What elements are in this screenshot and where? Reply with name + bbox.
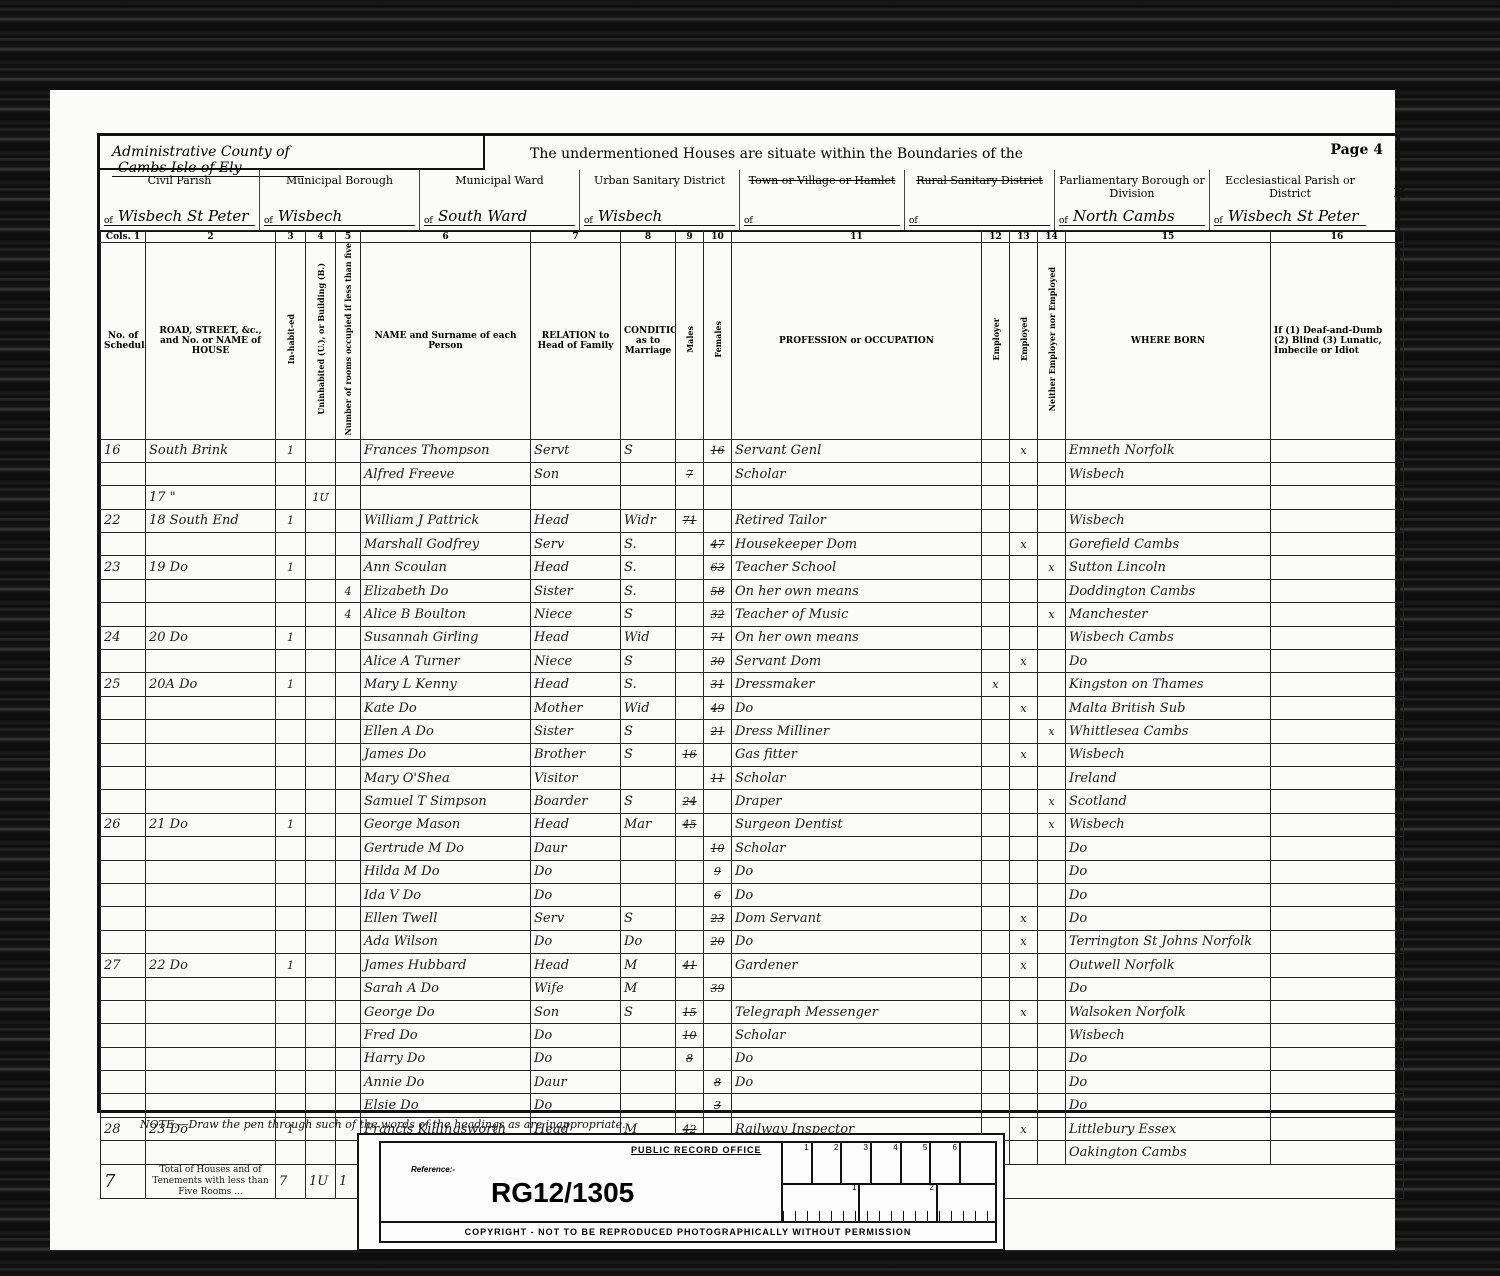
- ruler-cm-mark: 6: [931, 1143, 961, 1183]
- uninhabited-cell: [306, 1000, 336, 1023]
- uninhabited-cell: [306, 813, 336, 836]
- employer-cell: [982, 930, 1010, 953]
- neither-cell: [1038, 650, 1066, 673]
- uninhabited-cell: [306, 1141, 336, 1164]
- col-uninhabited: Uninhabited (U.), or Building (B.): [306, 243, 336, 440]
- condition-cell: S: [621, 650, 676, 673]
- age-male-cell: 16: [676, 743, 704, 766]
- uninhabited-cell: [306, 977, 336, 1000]
- column-number: 6: [361, 231, 531, 243]
- neither-cell: [1038, 673, 1066, 696]
- name-cell: Hilda M Do: [361, 860, 531, 883]
- district-row: Civil ParishofWisbech St PeterMunicipal …: [100, 170, 1397, 232]
- schedule-cell: [101, 1141, 146, 1164]
- relation-cell: Mother: [531, 696, 621, 719]
- census-table: Cols. 12345678910111213141516 No. of Sch…: [100, 230, 1404, 1199]
- neither-cell: [1038, 930, 1066, 953]
- infirmity-cell: [1271, 462, 1404, 485]
- schedule-cell: [101, 650, 146, 673]
- name-cell: Alice B Boulton: [361, 603, 531, 626]
- inhabited-cell: [276, 1094, 306, 1117]
- uninhabited-cell: [306, 883, 336, 906]
- total-schedules: 7: [101, 1164, 146, 1198]
- inhabited-cell: [276, 790, 306, 813]
- age-female-cell: 6: [704, 883, 732, 906]
- relation-cell: Do: [531, 1047, 621, 1070]
- occupation-cell: Do: [732, 883, 982, 906]
- where-born-cell: Do: [1066, 1047, 1271, 1070]
- infirmity-cell: [1271, 766, 1404, 789]
- uninhabited-cell: [306, 673, 336, 696]
- condition-cell: [621, 860, 676, 883]
- column-number: 14: [1038, 231, 1066, 243]
- where-born-cell: Do: [1066, 907, 1271, 930]
- age-female-cell: [704, 813, 732, 836]
- employed-cell: x: [1010, 930, 1038, 953]
- where-born-cell: Whittlesea Cambs: [1066, 720, 1271, 743]
- relation-cell: [531, 486, 621, 509]
- inhabited-cell: [276, 907, 306, 930]
- infirmity-cell: [1271, 1117, 1404, 1140]
- relation-cell: Niece: [531, 650, 621, 673]
- age-male-cell: [676, 556, 704, 579]
- relation-cell: Visitor: [531, 766, 621, 789]
- address-cell: [146, 533, 276, 556]
- uninhabited-cell: [306, 1094, 336, 1117]
- neither-cell: [1038, 743, 1066, 766]
- condition-cell: S.: [621, 556, 676, 579]
- address-cell: [146, 720, 276, 743]
- employer-cell: [982, 509, 1010, 532]
- name-cell: Alice A Turner: [361, 650, 531, 673]
- schedule-cell: [101, 860, 146, 883]
- col-address: ROAD, STREET, &c., and No. or NAME of HO…: [146, 243, 276, 440]
- inhabited-cell: 1: [276, 556, 306, 579]
- schedule-cell: 26: [101, 813, 146, 836]
- occupation-cell: Dress Milliner: [732, 720, 982, 743]
- neither-cell: [1038, 1000, 1066, 1023]
- neither-cell: x: [1038, 720, 1066, 743]
- inhabited-cell: [276, 650, 306, 673]
- where-born-cell: [1066, 486, 1271, 509]
- age-female-cell: 30: [704, 650, 732, 673]
- ruler-inch-mark: 1: [783, 1183, 860, 1223]
- condition-cell: [621, 462, 676, 485]
- district-label: Ecclesiastical Parish or District: [1210, 174, 1370, 200]
- district-value: [744, 225, 900, 226]
- name-cell: Alfred Freeve: [361, 462, 531, 485]
- rooms-cell: [336, 883, 361, 906]
- uninhabited-cell: [306, 766, 336, 789]
- schedule-cell: [101, 1024, 146, 1047]
- age-male-cell: [676, 626, 704, 649]
- relation-cell: Servt: [531, 439, 621, 462]
- age-male-cell: 71: [676, 509, 704, 532]
- age-female-cell: [704, 1047, 732, 1070]
- relation-cell: Do: [531, 1094, 621, 1117]
- employed-cell: [1010, 883, 1038, 906]
- table-row: 2218 South End1William J PattrickHeadWid…: [101, 509, 1404, 532]
- inhabited-cell: 1: [276, 813, 306, 836]
- address-cell: 20 Do: [146, 626, 276, 649]
- where-born-cell: Oakington Cambs: [1066, 1141, 1271, 1164]
- col-inhabited: In-habit-ed: [276, 243, 306, 440]
- employed-cell: [1010, 977, 1038, 1000]
- occupation-cell: Gas fitter: [732, 743, 982, 766]
- uninhabited-cell: 1U: [306, 486, 336, 509]
- employer-cell: [982, 743, 1010, 766]
- age-female-cell: 58: [704, 579, 732, 602]
- infirmity-cell: [1271, 486, 1404, 509]
- age-male-cell: [676, 860, 704, 883]
- uninhabited-cell: [306, 579, 336, 602]
- where-born-cell: Malta British Sub: [1066, 696, 1271, 719]
- condition-cell: [621, 1024, 676, 1047]
- where-born-cell: Do: [1066, 1071, 1271, 1094]
- rooms-cell: [336, 673, 361, 696]
- occupation-cell: On her own means: [732, 626, 982, 649]
- relation-cell: Wife: [531, 977, 621, 1000]
- inhabited-cell: [276, 1071, 306, 1094]
- employer-cell: [982, 650, 1010, 673]
- column-number: 7: [531, 231, 621, 243]
- name-cell: James Do: [361, 743, 531, 766]
- ruler-inch-mark: 2: [860, 1183, 937, 1223]
- uninhabited-cell: [306, 720, 336, 743]
- infirmity-cell: [1271, 509, 1404, 532]
- condition-cell: Mar: [621, 813, 676, 836]
- where-born-cell: Do: [1066, 977, 1271, 1000]
- rooms-cell: [336, 650, 361, 673]
- table-row: Fred DoDo10ScholarWisbech: [101, 1024, 1404, 1047]
- infirmity-cell: [1271, 650, 1404, 673]
- condition-cell: Wid: [621, 696, 676, 719]
- age-female-cell: 31: [704, 673, 732, 696]
- rooms-cell: [336, 813, 361, 836]
- table-row: 2420 Do1Susannah GirlingHeadWid71On her …: [101, 626, 1404, 649]
- name-cell: Ellen A Do: [361, 720, 531, 743]
- inhabited-cell: [276, 486, 306, 509]
- neither-cell: [1038, 1024, 1066, 1047]
- age-male-cell: [676, 603, 704, 626]
- occupation-cell: Scholar: [732, 837, 982, 860]
- relation-cell: Sister: [531, 579, 621, 602]
- inhabited-cell: 1: [276, 626, 306, 649]
- address-cell: 20A Do: [146, 673, 276, 696]
- reference-label: Reference:-: [411, 1165, 455, 1174]
- district-6: Parliamentary Borough or DivisionofNorth…: [1055, 170, 1210, 230]
- schedule-cell: [101, 837, 146, 860]
- col-employed: Employed: [1010, 243, 1038, 440]
- rooms-cell: 4: [336, 579, 361, 602]
- inhabited-cell: [276, 930, 306, 953]
- margin-cross-mark: ✕: [1392, 183, 1407, 204]
- occupation-cell: Teacher School: [732, 556, 982, 579]
- address-cell: [146, 837, 276, 860]
- col-condition: CONDITION as to Marriage: [621, 243, 676, 440]
- where-born-cell: Walsoken Norfolk: [1066, 1000, 1271, 1023]
- copyright-notice: COPYRIGHT - NOT TO BE REPRODUCED PHOTOGR…: [381, 1221, 995, 1241]
- condition-cell: S.: [621, 579, 676, 602]
- employed-cell: [1010, 813, 1038, 836]
- address-cell: 22 Do: [146, 954, 276, 977]
- neither-cell: x: [1038, 813, 1066, 836]
- occupation-cell: Do: [732, 1047, 982, 1070]
- scale-ruler: 12345612: [781, 1143, 995, 1223]
- rooms-cell: [336, 509, 361, 532]
- neither-cell: [1038, 954, 1066, 977]
- relation-cell: Do: [531, 860, 621, 883]
- infirmity-cell: [1271, 556, 1404, 579]
- relation-cell: Son: [531, 1000, 621, 1023]
- name-cell: Annie Do: [361, 1071, 531, 1094]
- name-cell: Susannah Girling: [361, 626, 531, 649]
- age-male-cell: 7: [676, 462, 704, 485]
- employed-cell: [1010, 766, 1038, 789]
- where-born-cell: Wisbech: [1066, 813, 1271, 836]
- employer-cell: [982, 603, 1010, 626]
- col-name: NAME and Surname of each Person: [361, 243, 531, 440]
- page-number: Page 4: [1330, 142, 1383, 158]
- inhabited-cell: 1: [276, 673, 306, 696]
- occupation-cell: [732, 1094, 982, 1117]
- neither-cell: [1038, 509, 1066, 532]
- name-cell: Gertrude M Do: [361, 837, 531, 860]
- occupation-cell: Surgeon Dentist: [732, 813, 982, 836]
- occupation-cell: On her own means: [732, 579, 982, 602]
- form-note: NOTE.—Draw the pen through such of the w…: [140, 1118, 626, 1131]
- where-born-cell: Gorefield Cambs: [1066, 533, 1271, 556]
- employed-cell: [1010, 1094, 1038, 1117]
- address-cell: [146, 766, 276, 789]
- inhabited-cell: [276, 1047, 306, 1070]
- table-row: Elsie DoDo3Do: [101, 1094, 1404, 1117]
- schedule-cell: [101, 743, 146, 766]
- where-born-cell: Outwell Norfolk: [1066, 954, 1271, 977]
- occupation-cell: Dom Servant: [732, 907, 982, 930]
- address-cell: [146, 1141, 276, 1164]
- condition-cell: Do: [621, 930, 676, 953]
- schedule-cell: [101, 1047, 146, 1070]
- district-label: Urban Sanitary District: [580, 174, 739, 187]
- form-header: Administrative County of Cambs Isle of E…: [100, 136, 1397, 170]
- table-row: Ida V DoDo6DoDo: [101, 883, 1404, 906]
- uninhabited-cell: [306, 509, 336, 532]
- employer-cell: [982, 1071, 1010, 1094]
- district-value: North Cambs: [1059, 207, 1205, 226]
- infirmity-cell: [1271, 883, 1404, 906]
- relation-cell: Do: [531, 930, 621, 953]
- district-label: Town or Village or Hamlet: [740, 174, 904, 187]
- infirmity-cell: [1271, 813, 1404, 836]
- employer-cell: [982, 533, 1010, 556]
- table-row: Ellen TwellServS23Dom ServantxDo: [101, 907, 1404, 930]
- neither-cell: [1038, 907, 1066, 930]
- employer-cell: [982, 1094, 1010, 1117]
- table-row: 2621 Do1George MasonHeadMar45Surgeon Den…: [101, 813, 1404, 836]
- name-cell: Ida V Do: [361, 883, 531, 906]
- age-male-cell: [676, 673, 704, 696]
- rooms-cell: [336, 930, 361, 953]
- district-value: [909, 225, 1050, 226]
- occupation-cell: Scholar: [732, 462, 982, 485]
- column-header-row: No. of Schedule ROAD, STREET, &c., and N…: [101, 243, 1404, 440]
- uninhabited-cell: [306, 533, 336, 556]
- column-number: 16: [1271, 231, 1404, 243]
- relation-cell: Head: [531, 556, 621, 579]
- total-inhabited: 7: [276, 1164, 306, 1198]
- relation-cell: Son: [531, 462, 621, 485]
- age-female-cell: 8: [704, 1071, 732, 1094]
- schedule-cell: [101, 1000, 146, 1023]
- address-cell: [146, 1047, 276, 1070]
- col-age-females: Females: [704, 243, 732, 440]
- relation-cell: Head: [531, 509, 621, 532]
- neither-cell: x: [1038, 556, 1066, 579]
- employer-cell: [982, 439, 1010, 462]
- name-cell: James Hubbard: [361, 954, 531, 977]
- relation-cell: Sister: [531, 720, 621, 743]
- infirmity-cell: [1271, 603, 1404, 626]
- condition-cell: [621, 1047, 676, 1070]
- occupation-cell: Servant Dom: [732, 650, 982, 673]
- col-employer: Employer: [982, 243, 1010, 440]
- condition-cell: [621, 883, 676, 906]
- schedule-cell: [101, 1071, 146, 1094]
- census-form: Administrative County of Cambs Isle of E…: [97, 133, 1400, 1113]
- address-cell: [146, 977, 276, 1000]
- age-male-cell: 41: [676, 954, 704, 977]
- rooms-cell: [336, 954, 361, 977]
- age-male-cell: [676, 1094, 704, 1117]
- employed-cell: [1010, 673, 1038, 696]
- boundaries-intro: The undermentioned Houses are situate wi…: [530, 146, 1023, 162]
- employed-cell: [1010, 626, 1038, 649]
- uninhabited-cell: [306, 696, 336, 719]
- rooms-cell: [336, 907, 361, 930]
- district-4: Town or Village or Hamletof: [740, 170, 905, 230]
- district-5: Rural Sanitary Districtof: [905, 170, 1055, 230]
- district-value: Wisbech: [584, 207, 735, 226]
- employer-cell: [982, 696, 1010, 719]
- age-male-cell: [676, 696, 704, 719]
- address-cell: 18 South End: [146, 509, 276, 532]
- ruler-cm-mark: 5: [902, 1143, 932, 1183]
- name-cell: Kate Do: [361, 696, 531, 719]
- col-neither: Neither Employer nor Employed: [1038, 243, 1066, 440]
- neither-cell: x: [1038, 603, 1066, 626]
- employer-cell: [982, 977, 1010, 1000]
- age-female-cell: [704, 1024, 732, 1047]
- occupation-cell: Gardener: [732, 954, 982, 977]
- inhabited-cell: [276, 603, 306, 626]
- infirmity-cell: [1271, 1094, 1404, 1117]
- address-cell: [146, 743, 276, 766]
- age-male-cell: 10: [676, 1024, 704, 1047]
- neither-cell: [1038, 977, 1066, 1000]
- condition-cell: [621, 1094, 676, 1117]
- name-cell: George Do: [361, 1000, 531, 1023]
- infirmity-cell: [1271, 1024, 1404, 1047]
- schedule-cell: 27: [101, 954, 146, 977]
- neither-cell: [1038, 1141, 1066, 1164]
- name-cell: Ann Scoulan: [361, 556, 531, 579]
- age-male-cell: [676, 837, 704, 860]
- age-female-cell: [704, 486, 732, 509]
- uninhabited-cell: [306, 860, 336, 883]
- rooms-cell: [336, 1047, 361, 1070]
- employed-cell: x: [1010, 1000, 1038, 1023]
- where-born-cell: Wisbech: [1066, 509, 1271, 532]
- rooms-cell: [336, 439, 361, 462]
- inhabited-cell: 1: [276, 439, 306, 462]
- rooms-cell: [336, 1024, 361, 1047]
- infirmity-cell: [1271, 837, 1404, 860]
- employer-cell: [982, 883, 1010, 906]
- district-1: Municipal BoroughofWisbech: [260, 170, 420, 230]
- column-number: Cols. 1: [101, 231, 146, 243]
- rooms-cell: [336, 1000, 361, 1023]
- rooms-cell: [336, 837, 361, 860]
- name-cell: Elizabeth Do: [361, 579, 531, 602]
- ruler-cm-mark: 2: [813, 1143, 843, 1183]
- occupation-cell: Scholar: [732, 1024, 982, 1047]
- district-2: Municipal WardofSouth Ward: [420, 170, 580, 230]
- uninhabited-cell: [306, 954, 336, 977]
- schedule-cell: 23: [101, 556, 146, 579]
- name-cell: William J Pattrick: [361, 509, 531, 532]
- uninhabited-cell: [306, 1071, 336, 1094]
- schedule-cell: 28: [101, 1117, 146, 1140]
- age-male-cell: [676, 883, 704, 906]
- employed-cell: [1010, 720, 1038, 743]
- condition-cell: S: [621, 1000, 676, 1023]
- where-born-cell: Wisbech: [1066, 1024, 1271, 1047]
- occupation-cell: Retired Tailor: [732, 509, 982, 532]
- schedule-cell: [101, 883, 146, 906]
- column-number: 2: [146, 231, 276, 243]
- table-row: Alice A TurnerNieceS30Servant DomxDo: [101, 650, 1404, 673]
- inhabited-cell: [276, 1141, 306, 1164]
- neither-cell: [1038, 1071, 1066, 1094]
- employed-cell: x: [1010, 439, 1038, 462]
- col-relation: RELATION to Head of Family: [531, 243, 621, 440]
- where-born-cell: Doddington Cambs: [1066, 579, 1271, 602]
- inhabited-cell: [276, 883, 306, 906]
- age-male-cell: 45: [676, 813, 704, 836]
- employed-cell: [1010, 509, 1038, 532]
- col-infirmity: If (1) Deaf-and-Dumb (2) Blind (3) Lunat…: [1271, 243, 1404, 440]
- table-row: 2722 Do1James HubbardHeadM41GardenerxOut…: [101, 954, 1404, 977]
- infirmity-cell: [1271, 907, 1404, 930]
- schedule-cell: [101, 579, 146, 602]
- employer-cell: [982, 1024, 1010, 1047]
- where-born-cell: Littlebury Essex: [1066, 1117, 1271, 1140]
- infirmity-cell: [1271, 977, 1404, 1000]
- neither-cell: [1038, 1117, 1066, 1140]
- inhabited-cell: 1: [276, 954, 306, 977]
- condition-cell: S: [621, 603, 676, 626]
- schedule-cell: [101, 977, 146, 1000]
- neither-cell: [1038, 883, 1066, 906]
- name-cell: Ellen Twell: [361, 907, 531, 930]
- rooms-cell: [336, 1094, 361, 1117]
- schedule-cell: [101, 533, 146, 556]
- inhabited-cell: [276, 1000, 306, 1023]
- condition-cell: S: [621, 907, 676, 930]
- table-row: Annie DoDaur8DoDo: [101, 1071, 1404, 1094]
- col-rooms: Number of rooms occupied if less than fi…: [336, 243, 361, 440]
